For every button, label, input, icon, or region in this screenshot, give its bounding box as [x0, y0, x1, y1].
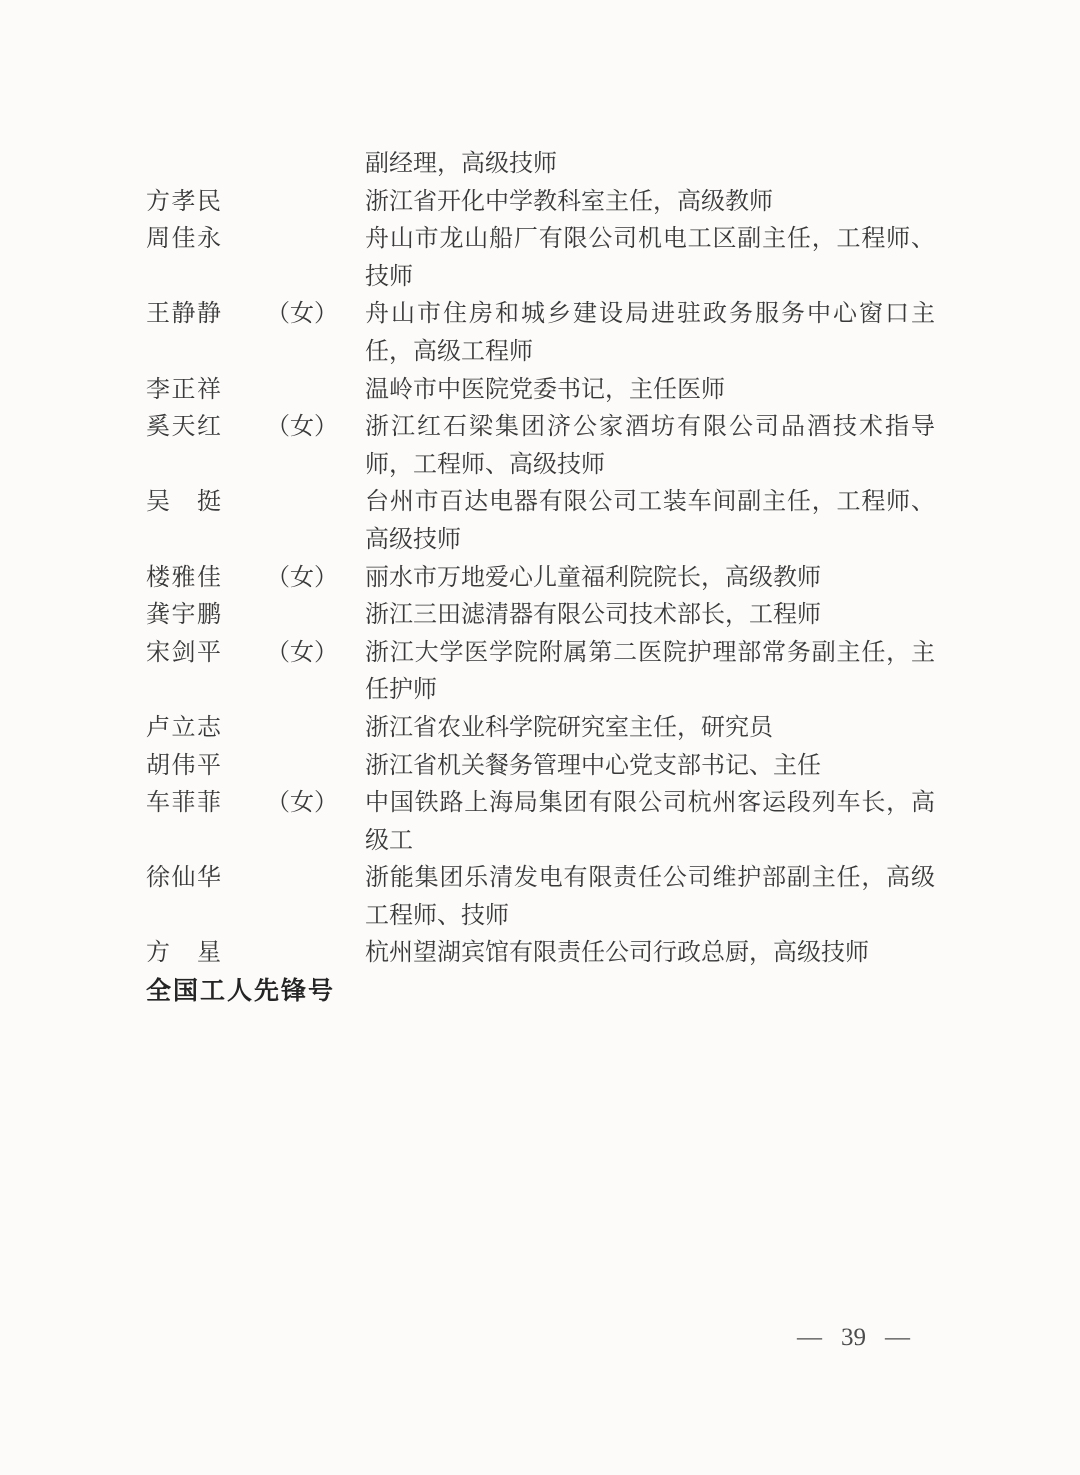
honoree-entry: 卢立志 浙江省农业科学院研究室主任，研究员 [146, 710, 940, 748]
honoree-title: 浙江省机关餐务管理中心党支部书记、主任 [365, 748, 935, 786]
section-heading: 全国工人先锋号 [146, 973, 940, 1011]
honoree-gender-marker: （女） [266, 296, 338, 334]
honoree-gender-marker: （女） [266, 785, 338, 823]
document-page: 副经理，高级技师 方孝民 浙江省开化中学教科室主任，高级教师 周佳永 舟山市龙山… [0, 0, 1080, 1475]
honoree-name: 王静静 [146, 296, 223, 334]
honoree-entry: 车菲菲 （女） 中国铁路上海局集团有限公司杭州客运段列车长，高级工 [146, 785, 940, 860]
honoree-name: 李正祥 [146, 372, 223, 410]
honoree-entry: 胡伟平 浙江省机关餐务管理中心党支部书记、主任 [146, 748, 940, 786]
honoree-entry: 方 星 杭州望湖宾馆有限责任公司行政总厨，高级技师 [146, 935, 940, 973]
honoree-name: 奚天红 [146, 409, 223, 447]
honoree-gender-marker: （女） [266, 409, 338, 447]
honoree-entry: 徐仙华 浙能集团乐清发电有限责任公司维护部副主任，高级工程师、技师 [146, 860, 940, 935]
honoree-title: 浙能集团乐清发电有限责任公司维护部副主任，高级工程师、技师 [365, 860, 935, 935]
honoree-entry: 宋剑平 （女） 浙江大学医学院附属第二医院护理部常务副主任，主任护师 [146, 635, 940, 710]
page-content: 副经理，高级技师 方孝民 浙江省开化中学教科室主任，高级教师 周佳永 舟山市龙山… [146, 146, 940, 1011]
honoree-name: 卢立志 [146, 710, 223, 748]
honoree-name: 楼雅佳 [146, 560, 223, 598]
page-footer: — 39 — [797, 1319, 910, 1357]
honoree-name: 方孝民 [146, 184, 223, 222]
honoree-name: 车菲菲 [146, 785, 223, 823]
footer-dash-left: — [797, 1319, 822, 1357]
honoree-name: 龚宇鹏 [146, 597, 223, 635]
honoree-title: 台州市百达电器有限公司工装车间副主任，工程师、高级技师 [365, 484, 935, 559]
honoree-name: 周佳永 [146, 221, 223, 259]
honoree-entry: 周佳永 舟山市龙山船厂有限公司机电工区副主任，工程师、技师 [146, 221, 940, 296]
page-number: 39 [841, 1319, 866, 1357]
honoree-title: 温岭市中医院党委书记，主任医师 [365, 372, 935, 410]
honoree-title: 舟山市龙山船厂有限公司机电工区副主任，工程师、技师 [365, 221, 935, 296]
honoree-entry: 吴 挺 台州市百达电器有限公司工装车间副主任，工程师、高级技师 [146, 484, 940, 559]
honoree-name: 方 星 [146, 935, 223, 973]
honoree-name: 宋剑平 [146, 635, 223, 673]
honoree-title: 中国铁路上海局集团有限公司杭州客运段列车长，高级工 [365, 785, 935, 860]
honoree-title: 浙江大学医学院附属第二医院护理部常务副主任，主任护师 [365, 635, 935, 710]
honoree-title: 浙江三田滤清器有限公司技术部长，工程师 [365, 597, 935, 635]
honoree-title: 浙江红石梁集团济公家酒坊有限公司品酒技术指导师，工程师、高级技师 [365, 409, 935, 484]
honoree-entry: 楼雅佳 （女） 丽水市万地爱心儿童福利院院长，高级教师 [146, 560, 940, 598]
honoree-entry: 奚天红 （女） 浙江红石梁集团济公家酒坊有限公司品酒技术指导师，工程师、高级技师 [146, 409, 940, 484]
honoree-entry: 王静静 （女） 舟山市住房和城乡建设局进驻政务服务中心窗口主任，高级工程师 [146, 296, 940, 371]
honoree-entry: 龚宇鹏 浙江三田滤清器有限公司技术部长，工程师 [146, 597, 940, 635]
honoree-title: 丽水市万地爱心儿童福利院院长，高级教师 [365, 560, 935, 598]
honoree-entry: 方孝民 浙江省开化中学教科室主任，高级教师 [146, 184, 940, 222]
honoree-title: 浙江省农业科学院研究室主任，研究员 [365, 710, 935, 748]
honoree-name: 徐仙华 [146, 860, 223, 898]
honoree-title: 浙江省开化中学教科室主任，高级教师 [365, 184, 935, 222]
honoree-name: 胡伟平 [146, 748, 223, 786]
honoree-entry: 李正祥 温岭市中医院党委书记，主任医师 [146, 372, 940, 410]
honoree-title: 杭州望湖宾馆有限责任公司行政总厨，高级技师 [365, 935, 935, 973]
honoree-title-continuation: 副经理，高级技师 [365, 146, 935, 184]
honoree-gender-marker: （女） [266, 635, 338, 673]
honoree-entry-continuation: 副经理，高级技师 [146, 146, 940, 184]
honoree-title: 舟山市住房和城乡建设局进驻政务服务中心窗口主任，高级工程师 [365, 296, 935, 371]
honoree-name: 吴 挺 [146, 484, 223, 522]
footer-dash-right: — [885, 1319, 910, 1357]
honoree-gender-marker: （女） [266, 560, 338, 598]
